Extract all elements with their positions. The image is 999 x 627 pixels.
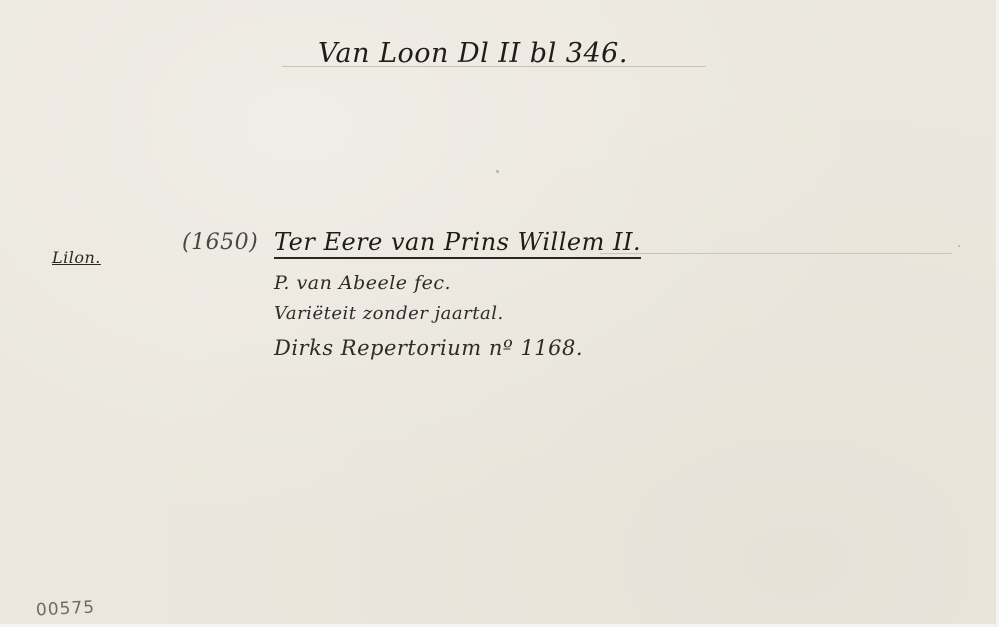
maker-line: P. van Abeele fec.	[274, 272, 451, 294]
reference-header: Van Loon Dl II bl 346.	[318, 38, 628, 69]
repertorium-line: Dirks Repertorium nº 1168.	[274, 336, 583, 360]
paper-speck	[496, 170, 499, 173]
variety-line: Variëteit zonder jaartal.	[274, 303, 504, 324]
title-rule-line	[600, 253, 952, 254]
location-label: Lilon.	[52, 248, 101, 267]
header-rule-line	[282, 66, 706, 67]
paper-speck	[958, 245, 960, 247]
medal-title: Ter Eere van Prins Willem II.	[274, 228, 641, 259]
year-label: (1650)	[182, 230, 258, 255]
catalogue-card: Van Loon Dl II bl 346. Lilon. (1650) Ter…	[0, 0, 996, 624]
catalog-number: 00575	[36, 597, 96, 620]
